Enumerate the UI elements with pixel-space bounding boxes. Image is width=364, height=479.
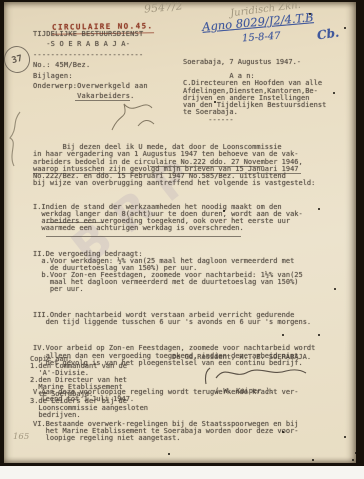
ink-initials: Cb. (316, 26, 340, 43)
paper-speck (318, 334, 320, 336)
paper-speck (168, 453, 170, 455)
signature-scribble (200, 362, 315, 390)
addressee-block: A a n: C.Directeuren en Hoofden van alle… (183, 73, 326, 124)
archive-stamp-number: 37 (11, 53, 24, 65)
paper-speck (318, 208, 320, 210)
page-number-pencil: 165 (13, 432, 29, 442)
body-item-2: II.De vergoeding bedraagt: a.Voor werkda… (33, 251, 338, 294)
ink-date-note: 15-8-47 (242, 31, 281, 45)
copy-list: Copie aan: 1.den Commandant van de 'A'-D… (30, 356, 148, 419)
paper: BRP 9547/2 Juridisch Zkn. Agno 8029/J2/4… (4, 2, 356, 463)
body-item-1: I.Indien de stand der werkzaamheden het … (33, 204, 338, 233)
paper-speck (282, 431, 284, 433)
paper-speck (309, 13, 311, 15)
paper-speck (355, 452, 356, 454)
paper-speck (223, 210, 225, 212)
underline-decoration (33, 173, 301, 174)
underline-decoration (46, 222, 104, 223)
paper-speck (344, 436, 346, 438)
paper-speck (344, 27, 346, 29)
underline-decoration (150, 166, 264, 167)
paper-speck (312, 459, 314, 461)
dateline: Soerabaja, 7 Augustus 1947.- (183, 59, 301, 66)
pencil-registry-number: 9547/2 (144, 2, 184, 16)
archive-number-stamp: 37 (4, 43, 33, 75)
body-item-3: III.Onder nachtarbeid wordt verstaan arb… (33, 312, 338, 326)
body-item-6: VI.Bestaande overwerk-regelingen bij de … (33, 421, 338, 442)
paper-speck (214, 101, 216, 103)
paper-speck (334, 288, 336, 290)
paper-speck (352, 459, 354, 461)
signature-name: ( W. Kuiper ). (215, 388, 274, 395)
paper-speck (333, 92, 335, 94)
margin-scribble (4, 108, 26, 178)
letterhead: TIJDELIJKE BESTUURSDIENST -S O E R A B A… (33, 29, 148, 102)
underline-decoration (46, 236, 241, 237)
signature-title: De Gd.Resident, H.T.B. SOERABAJA. (172, 354, 311, 361)
paper-speck (282, 334, 284, 336)
